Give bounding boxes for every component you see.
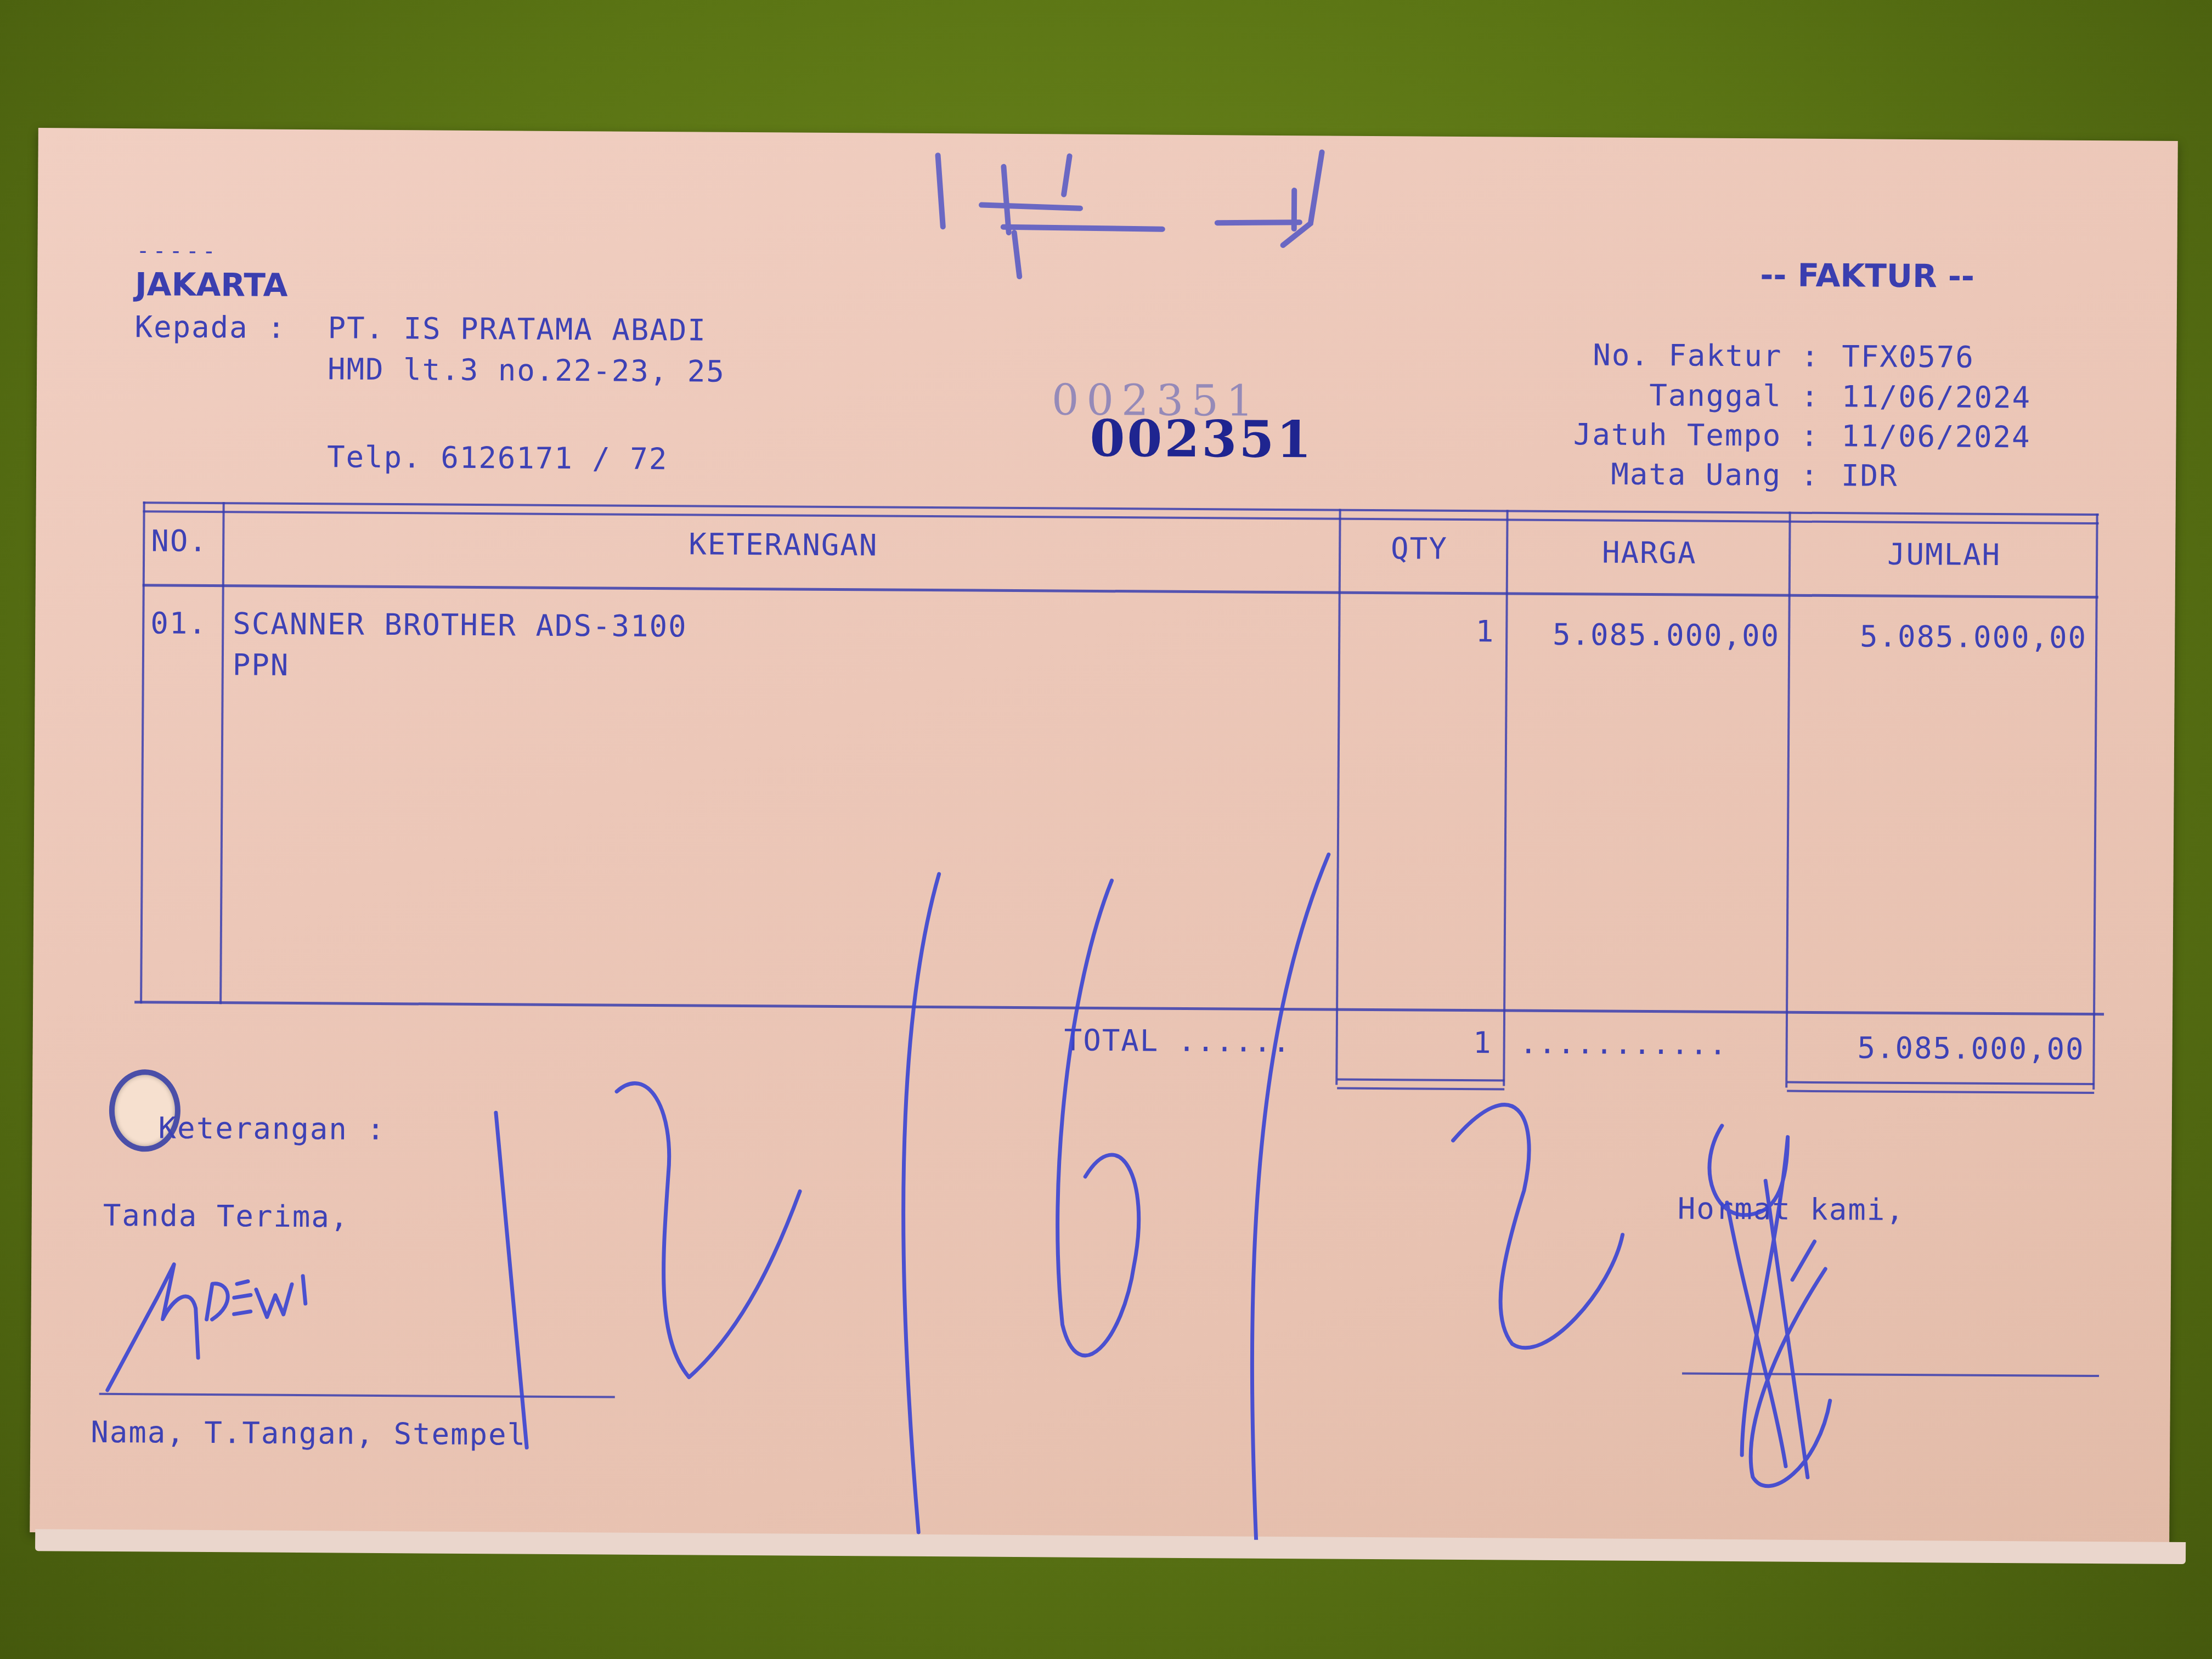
total-row: TOTAL ...... 1 ........... 5.085.000,00 bbox=[38, 128, 2178, 141]
invoice-paper: ----- JAKARTA Kepada : PT. IS PRATAMA AB… bbox=[30, 128, 2178, 1545]
recipient-phone: Telp. 6126171 / 72 bbox=[327, 439, 668, 476]
col-border-desc bbox=[1335, 509, 1341, 1085]
sender-signature-line bbox=[1682, 1372, 2099, 1377]
total-qty: 1 bbox=[1437, 1025, 1492, 1060]
receipt-footer: Nama, T.Tangan, Stempel bbox=[91, 1415, 526, 1452]
col-border-right bbox=[2092, 513, 2098, 1090]
currency-label: Mata Uang : bbox=[1556, 456, 1819, 493]
recipient-address: HMD lt.3 no.22-23, 25 bbox=[328, 352, 725, 388]
total-amount: 5.085.000,00 bbox=[1793, 1030, 2084, 1066]
recipient-label: Kepada : bbox=[134, 309, 286, 345]
row-description: SCANNER BROTHER ADS-3100 bbox=[233, 606, 687, 644]
document-title: -- FAKTUR -- bbox=[1760, 256, 1974, 295]
city-label: JAKARTA bbox=[135, 266, 288, 304]
row-price: 5.085.000,00 bbox=[1516, 617, 1780, 653]
handwritten-date-slash-2 bbox=[1251, 854, 1329, 1545]
header-qty: QTY bbox=[1391, 531, 1448, 566]
col-border-qty bbox=[1503, 510, 1508, 1086]
invoice-no-value: TFX0576 bbox=[1842, 339, 1974, 374]
receipt-signature-line bbox=[99, 1393, 615, 1398]
sender-label: Hormat kami, bbox=[1678, 1191, 1905, 1227]
header-description: KETERANGAN bbox=[689, 527, 878, 562]
due-date-label: Jatuh Tempo : bbox=[1517, 417, 1819, 453]
header-amount: JUMLAH bbox=[1887, 537, 2001, 572]
row-qty: 1 bbox=[1440, 614, 1494, 649]
invoice-no-label: No. Faktur : bbox=[1556, 337, 1820, 374]
date-label: Tanggal : bbox=[1556, 377, 1820, 414]
handwritten-date-6 bbox=[1057, 881, 1141, 1356]
handwritten-date-4 bbox=[1452, 1104, 1623, 1348]
row-description-tax: PPN bbox=[233, 647, 290, 682]
receipt-label: Tanda Terima, bbox=[103, 1198, 349, 1234]
handwritten-date-2 bbox=[615, 1083, 800, 1378]
stamp-number: 002351 bbox=[1090, 409, 1314, 469]
table-header-divider bbox=[143, 584, 2098, 599]
header-no: NO. bbox=[151, 523, 208, 558]
col-border-no bbox=[219, 502, 225, 1004]
table-top-border bbox=[143, 501, 2099, 524]
notes-label: Keterangan : bbox=[159, 1110, 386, 1147]
date-value: 11/06/2024 bbox=[1842, 379, 2031, 415]
recipient-company: PT. IS PRATAMA ABADI bbox=[328, 311, 707, 347]
due-date-value: 11/06/2024 bbox=[1841, 419, 2030, 454]
row-amount: 5.085.000,00 bbox=[1796, 619, 2087, 655]
top-dash-line: ----- bbox=[136, 238, 219, 264]
table-row: 01. SCANNER BROTHER ADS-3100 PPN 1 5.085… bbox=[38, 128, 2178, 141]
invoice-table: NO. KETERANGAN QTY HARGA JUMLAH 01. SCAN… bbox=[38, 128, 2178, 141]
col-border-left bbox=[140, 501, 145, 1003]
header-price: HARGA bbox=[1602, 535, 1697, 571]
total-label: TOTAL ...... bbox=[1064, 1023, 1292, 1059]
handwritten-date-slash-1 bbox=[901, 874, 939, 1532]
total-amount-box-bottom bbox=[1787, 1081, 2094, 1094]
total-dots: ........... bbox=[1520, 1026, 1728, 1062]
col-border-price bbox=[1785, 512, 1791, 1088]
receiver-signature bbox=[108, 1264, 199, 1391]
row-no: 01. bbox=[150, 606, 207, 641]
currency-value: IDR bbox=[1841, 458, 1898, 493]
table-bottom-border bbox=[134, 1001, 2104, 1015]
total-qty-box-bottom bbox=[1337, 1079, 1504, 1091]
